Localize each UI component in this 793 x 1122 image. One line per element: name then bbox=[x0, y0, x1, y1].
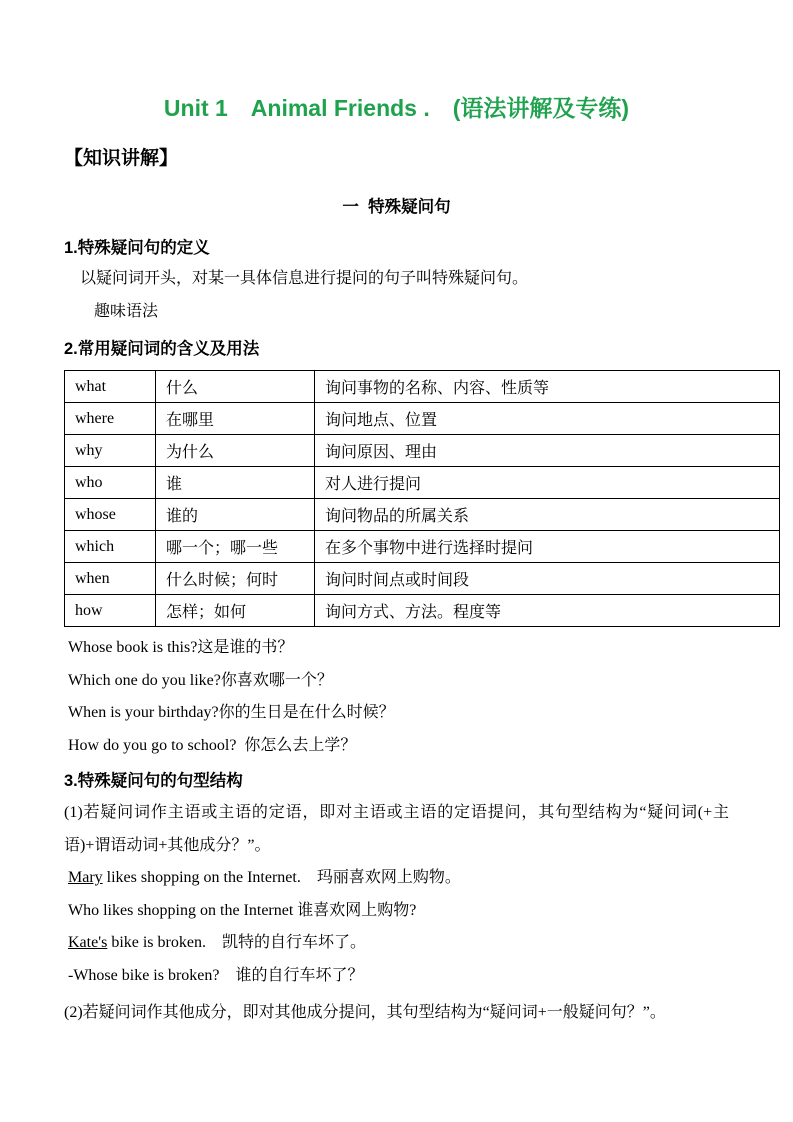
table-row: how 怎样；如何 询问方式、方法。程度等 bbox=[65, 595, 780, 627]
qword-cell: where bbox=[65, 403, 156, 435]
usage-examples: Whose book is this?这是谁的书？ Which one do y… bbox=[64, 632, 729, 762]
meaning-cell: 什么 bbox=[156, 371, 315, 403]
table-row: which 哪一个；哪一些 在多个事物中进行选择时提问 bbox=[65, 531, 780, 563]
use-cell: 询问原因、理由 bbox=[315, 435, 780, 467]
definition-note: 趣味语法 bbox=[94, 296, 729, 329]
table-row: what 什么 询问事物的名称、内容、性质等 bbox=[65, 371, 780, 403]
example-sentence: When is your birthday?你的生日是在什么时候？ bbox=[68, 697, 729, 730]
example-sentence: Which one do you like?你喜欢哪一个？ bbox=[68, 665, 729, 698]
example-sentence: How do you go to school? 你怎么去上学？ bbox=[68, 730, 729, 763]
example-sentence: Who likes shopping on the Internet 谁喜欢网上… bbox=[68, 895, 729, 928]
table-row: whose 谁的 询问物品的所属关系 bbox=[65, 499, 780, 531]
definition-heading: 1.特殊疑问句的定义 bbox=[64, 237, 729, 259]
example-sentence-rest: likes shopping on the Internet. 玛丽喜欢网上购物… bbox=[103, 869, 461, 886]
structure-rule-2: (2)若疑问词作其他成分，即对其他成分提问，其句型结构为“疑问词+一般疑问句？”… bbox=[64, 997, 729, 1030]
question-words-table: what 什么 询问事物的名称、内容、性质等 where 在哪里 询问地点、位置… bbox=[64, 370, 780, 627]
structure-rule-1: (1)若疑问词作主语或主语的定语，即对主语或主语的定语提问，其句型结构为“疑问词… bbox=[64, 797, 729, 862]
underlined-word: Kate's bbox=[68, 934, 107, 951]
example-sentence: Whose book is this?这是谁的书？ bbox=[68, 632, 729, 665]
example-sentence-rest: bike is broken. 凯特的自行车坏了。 bbox=[107, 934, 366, 951]
table-row: when 什么时候；何时 询问时间点或时间段 bbox=[65, 563, 780, 595]
qword-cell: why bbox=[65, 435, 156, 467]
meaning-cell: 怎样；如何 bbox=[156, 595, 315, 627]
topic-heading: 一 特殊疑问句 bbox=[64, 196, 729, 218]
example-sentence: -Whose bike is broken? 谁的自行车坏了？ bbox=[68, 960, 729, 993]
qword-cell: how bbox=[65, 595, 156, 627]
document-page: Unit 1 Animal Friends . (语法讲解及专练) 【知识讲解】… bbox=[0, 0, 793, 1122]
qword-cell: what bbox=[65, 371, 156, 403]
use-cell: 询问事物的名称、内容、性质等 bbox=[315, 371, 780, 403]
use-cell: 询问方式、方法。程度等 bbox=[315, 595, 780, 627]
meaning-cell: 在哪里 bbox=[156, 403, 315, 435]
use-cell: 对人进行提问 bbox=[315, 467, 780, 499]
meaning-cell: 谁 bbox=[156, 467, 315, 499]
use-cell: 询问物品的所属关系 bbox=[315, 499, 780, 531]
structure-heading: 3.特殊疑问句的句型结构 bbox=[64, 770, 729, 792]
meaning-cell: 什么时候；何时 bbox=[156, 563, 315, 595]
page-title: Unit 1 Animal Friends . (语法讲解及专练) bbox=[64, 92, 729, 124]
use-cell: 在多个事物中进行选择时提问 bbox=[315, 531, 780, 563]
qword-cell: whose bbox=[65, 499, 156, 531]
qword-cell: when bbox=[65, 563, 156, 595]
use-cell: 询问地点、位置 bbox=[315, 403, 780, 435]
meaning-cell: 谁的 bbox=[156, 499, 315, 531]
meaning-cell: 为什么 bbox=[156, 435, 315, 467]
qword-cell: who bbox=[65, 467, 156, 499]
definition-body: 以疑问词开头，对某一具体信息进行提问的句子叫特殊疑问句。 bbox=[80, 263, 729, 296]
example-sentence: Kate's bike is broken. 凯特的自行车坏了。 bbox=[68, 927, 729, 960]
knowledge-section-label: 【知识讲解】 bbox=[64, 146, 729, 172]
table-row: where 在哪里 询问地点、位置 bbox=[65, 403, 780, 435]
usage-heading: 2.常用疑问词的含义及用法 bbox=[64, 338, 729, 360]
table-row: why 为什么 询问原因、理由 bbox=[65, 435, 780, 467]
example-sentence: Mary likes shopping on the Internet. 玛丽喜… bbox=[68, 862, 729, 895]
meaning-cell: 哪一个；哪一些 bbox=[156, 531, 315, 563]
qword-cell: which bbox=[65, 531, 156, 563]
underlined-word: Mary bbox=[68, 869, 103, 886]
table-row: who 谁 对人进行提问 bbox=[65, 467, 780, 499]
use-cell: 询问时间点或时间段 bbox=[315, 563, 780, 595]
